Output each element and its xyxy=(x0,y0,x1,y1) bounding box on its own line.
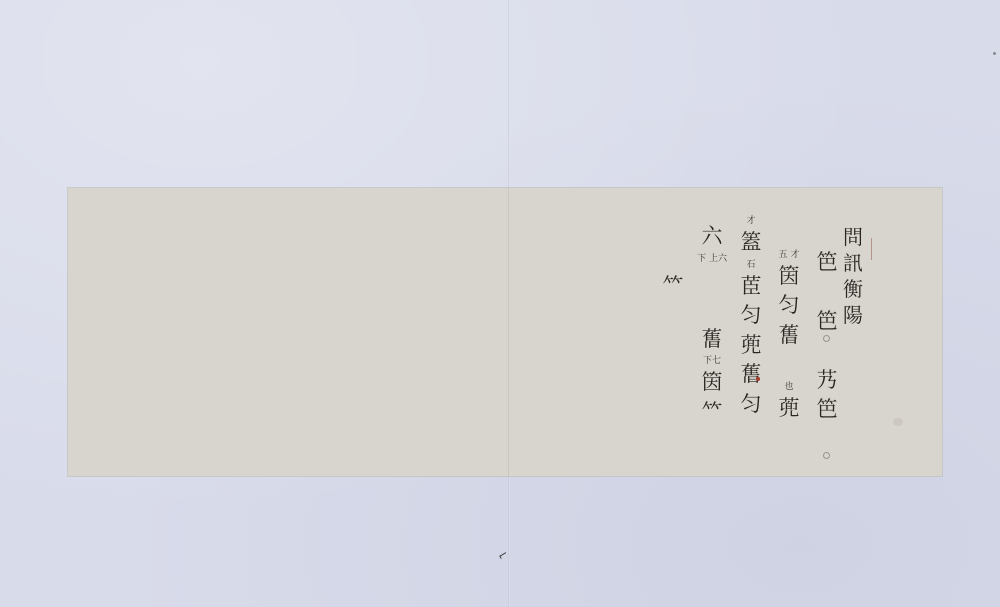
annotation: 才 xyxy=(746,214,755,228)
tab-char: 笆 xyxy=(817,307,838,337)
tab-char: 筃 xyxy=(779,262,800,292)
tab-char: 筃 xyxy=(702,368,723,398)
tab-char: 篕 xyxy=(741,228,762,258)
tab-char: 六 xyxy=(702,222,723,252)
annotation: 石 xyxy=(746,258,755,272)
paper-center-fold xyxy=(508,188,510,476)
annotation-char: 下 xyxy=(697,253,706,265)
title-char: 衡 xyxy=(843,276,863,302)
tab-char: 笆 xyxy=(817,248,838,278)
tab-char: 匀 xyxy=(779,291,800,321)
title-char: 陽 xyxy=(843,302,863,328)
tab-char: 𥫗 xyxy=(663,272,684,302)
punctuation-circle xyxy=(823,452,830,459)
tab-char: 匀 xyxy=(741,301,762,331)
tablature-column-4: 六 下 上六 𠒃 𦽎 𦾔 下七 筃 𥫗 xyxy=(696,222,728,427)
guide-line xyxy=(871,238,872,260)
tab-char: 𦾔 xyxy=(741,360,762,390)
annotation-char: 才 xyxy=(791,249,800,261)
tab-char: 笆 xyxy=(817,395,838,425)
annotation: 下 上六 xyxy=(697,252,727,266)
red-punctuation-dot xyxy=(756,377,760,381)
tab-char: 艿 xyxy=(817,366,838,396)
tablature-column-3: 才 篕 石 茞 匀 蔸 𦾔 匀 xyxy=(736,214,766,419)
title-column: 問 訊 衡 陽 xyxy=(838,224,868,328)
annotation-char: 也 xyxy=(784,381,793,393)
tab-char: 𦾔 xyxy=(702,325,723,355)
paper-stain xyxy=(893,418,903,426)
tablature-column-2: 𣌾 五 才 筃 匀 𦾔 𠁥 也 蔸 xyxy=(774,218,804,423)
annotation-char: 石 xyxy=(746,259,755,271)
tab-char: 蔸 xyxy=(779,394,800,424)
tab-char: 𦾔 xyxy=(779,321,800,351)
annotation: 五 才 xyxy=(778,248,799,262)
tab-char: 蔸 xyxy=(741,331,762,361)
tab-char: 𥫗 xyxy=(702,398,723,428)
tab-char: 匀 xyxy=(741,390,762,420)
annotation-char: 上六 xyxy=(709,253,727,265)
manuscript-paper: 問 訊 衡 陽 𠕎 笆 𠒃 笆 𠕎 艿 笆 𠒃 𣌾 五 才 筃 匀 𦾔 𠁥 也 … xyxy=(68,188,942,476)
title-char: 問 xyxy=(843,224,863,250)
tablature-column-5: 𠕎 𥫗 xyxy=(658,242,688,301)
punctuation-circle xyxy=(823,335,830,342)
annotation-char: 五 xyxy=(778,249,787,261)
annotation-char: 下七 xyxy=(703,355,721,367)
tab-char: 茞 xyxy=(741,272,762,302)
annotation-char: 才 xyxy=(746,215,755,227)
annotation: 下七 xyxy=(703,354,721,368)
title-char: 訊 xyxy=(843,250,863,276)
speck xyxy=(993,52,996,55)
annotation: 也 xyxy=(784,380,793,394)
